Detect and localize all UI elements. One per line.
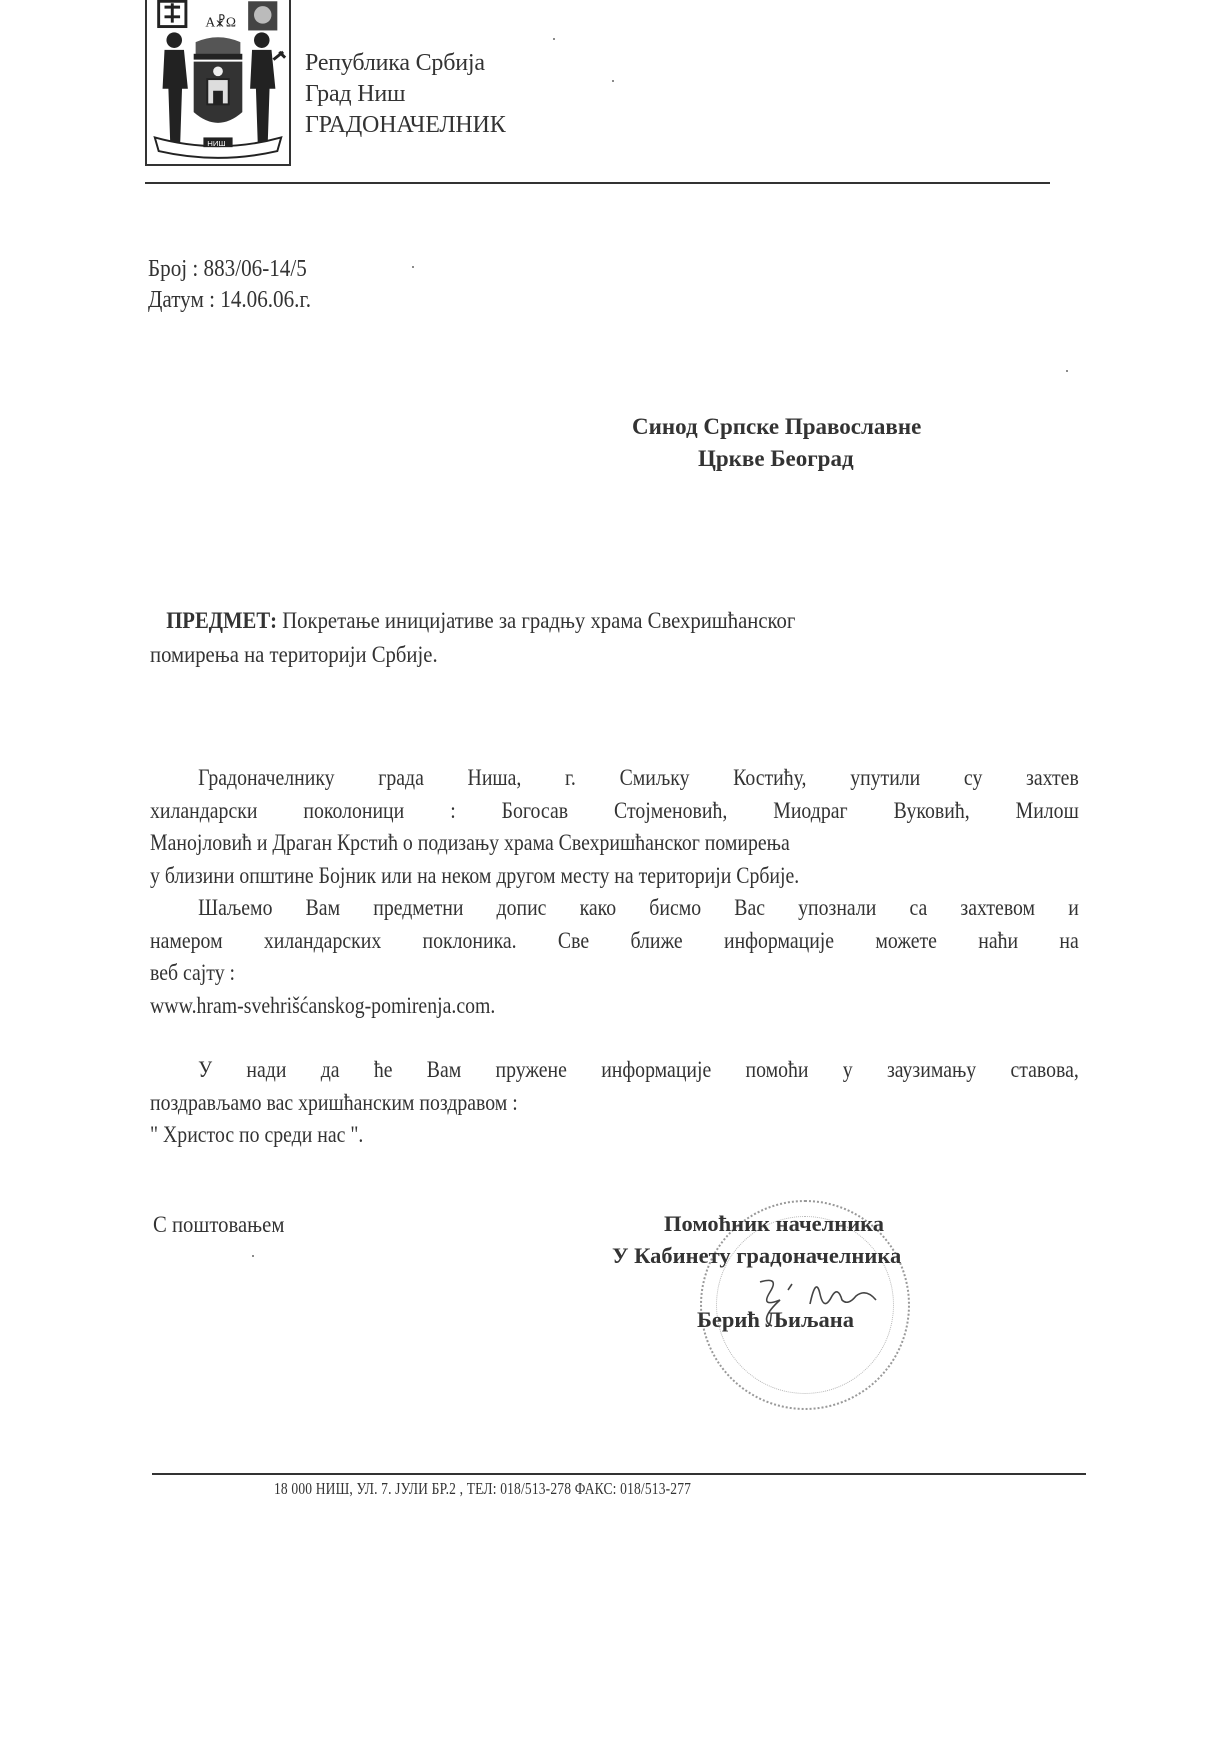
scan-speck [1066, 370, 1068, 372]
coat-of-arms-logo: A☧Ω НИШ [145, 0, 291, 166]
footer-contact: 18 000 НИШ, УЛ. 7. ЈУЛИ БР.2 , ТЕЛ: 018/… [274, 1479, 691, 1499]
subject-text-line-1: Покретање иницијативе за градњу храма Св… [277, 608, 795, 633]
document-reference: Број : 883/06-14/5 Датум : 14.06.06.г. [148, 254, 311, 316]
scan-speck [252, 1255, 254, 1257]
paragraph-2: Шаљемо Вам предметни допис како бисмо Ва… [150, 892, 1079, 1022]
header-divider [145, 182, 1050, 184]
body-line: у близини општине Бојник или на неком др… [150, 860, 1079, 893]
body-line: веб сајту : [150, 957, 1079, 990]
subject-block: ПРЕДМЕТ: Покретање иницијативе за градњу… [150, 604, 1050, 672]
body-line: поздрављамо вас хришћанским поздравом : [150, 1087, 1079, 1120]
website-link[interactable]: www.hram-svehrišćanskog-pomirenja.com. [150, 990, 1079, 1023]
body-line: Манојловић и Драган Крстић о подизању хр… [150, 827, 1079, 860]
signer-office: У Кабинету градоначелника [612, 1240, 992, 1272]
subject-label: ПРЕДМЕТ: [166, 608, 277, 633]
svg-text:НИШ: НИШ [207, 139, 225, 148]
crest-icon: A☧Ω НИШ [147, 0, 289, 164]
recipient-line-2: Цркве Београд [632, 443, 921, 475]
body-line: хиландарски поколоници : Богосав Стојмен… [150, 795, 1079, 828]
body-line: намером хиландарских поклоника. Све ближ… [150, 925, 1079, 958]
document-number: Број : 883/06-14/5 [148, 254, 311, 285]
signer-name: Берић Љиљана [612, 1304, 992, 1336]
city-name: Град Ниш [305, 79, 506, 110]
paragraph-1: Градоначелнику града Ниша, г. Смиљку Кос… [150, 762, 1079, 892]
body-line: Шаљемо Вам предметни допис како бисмо Ва… [150, 892, 1079, 925]
footer-divider [152, 1473, 1086, 1475]
office-name: ГРАДОНАЧЕЛНИК [305, 110, 506, 141]
paragraph-3: У нади да ће Вам пружене информације пом… [150, 1054, 1079, 1152]
recipient-address: Синод Српске Православне Цркве Београд [632, 411, 921, 475]
letter-body: Градоначелнику града Ниша, г. Смиљку Кос… [150, 762, 1078, 1152]
body-line: " Христос по среди нас ". [150, 1119, 1079, 1152]
letterhead-text: Република Србија Град Ниш ГРАДОНАЧЕЛНИК [305, 48, 506, 141]
closing-salutation: С поштовањем [153, 1212, 284, 1238]
body-line: Градоначелнику града Ниша, г. Смиљку Кос… [150, 762, 1079, 795]
subject-text-line-2: помирења на територији Србије. [150, 638, 1059, 672]
signature-block: Помоћник начелника У Кабинету градоначел… [612, 1208, 992, 1336]
document-date: Датум : 14.06.06.г. [148, 285, 311, 316]
country-name: Република Србија [305, 48, 506, 79]
recipient-line-1: Синод Српске Православне [632, 411, 921, 443]
scan-speck [412, 266, 414, 268]
signer-title: Помоћник начелника [612, 1208, 992, 1240]
body-line: У нади да ће Вам пружене информације пом… [150, 1054, 1079, 1087]
svg-text:A☧Ω: A☧Ω [205, 14, 236, 30]
scan-speck [553, 38, 555, 40]
scan-speck [612, 80, 614, 82]
